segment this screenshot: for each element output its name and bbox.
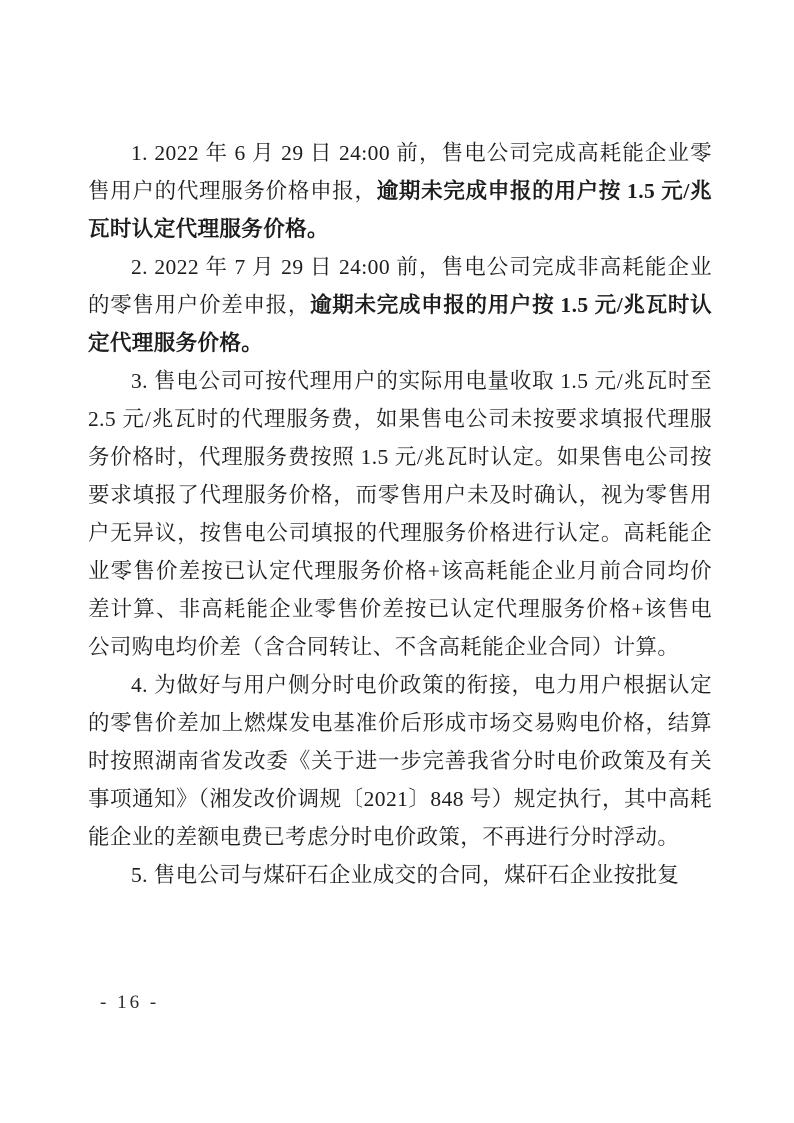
document-page: 1. 2022 年 6 月 29 日 24:00 前，售电公司完成高耗能企业零售… <box>0 0 794 1123</box>
page-number: - 16 - <box>100 992 159 1014</box>
document-body: 1. 2022 年 6 月 29 日 24:00 前，售电公司完成高耗能企业零售… <box>88 134 712 894</box>
paragraph-4: 4. 为做好与用户侧分时电价政策的衔接，电力用户根据认定的零售价差加上燃煤发电基… <box>88 666 712 856</box>
paragraph-3: 3. 售电公司可按代理用户的实际用电量收取 1.5 元/兆瓦时至 2.5 元/兆… <box>88 362 712 666</box>
paragraph-1: 1. 2022 年 6 月 29 日 24:00 前，售电公司完成高耗能企业零售… <box>88 134 712 248</box>
paragraph-4-text: 4. 为做好与用户侧分时电价政策的衔接，电力用户根据认定的零售价差加上燃煤发电基… <box>88 673 712 849</box>
paragraph-5: 5. 售电公司与煤矸石企业成交的合同，煤矸石企业按批复 <box>88 856 712 894</box>
paragraph-2: 2. 2022 年 7 月 29 日 24:00 前，售电公司完成非高耗能企业的… <box>88 248 712 362</box>
paragraph-3-text: 3. 售电公司可按代理用户的实际用电量收取 1.5 元/兆瓦时至 2.5 元/兆… <box>88 369 712 659</box>
paragraph-5-text: 5. 售电公司与煤矸石企业成交的合同，煤矸石企业按批复 <box>131 863 679 887</box>
